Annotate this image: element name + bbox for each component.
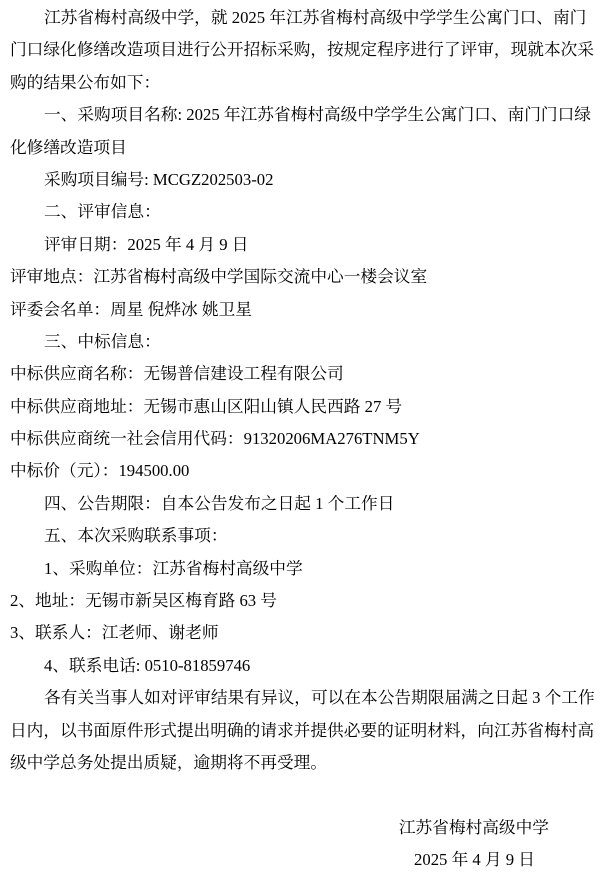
section-review-heading: 二、评审信息： — [10, 196, 596, 228]
contact-address-line: 2、地址：无锡市新吴区梅育路 63 号 — [10, 585, 596, 617]
review-date-line: 评审日期：2025 年 4 月 9 日 — [10, 229, 596, 261]
winner-credit-code-line: 中标供应商统一社会信用代码：91320206MA276TNM5Y — [10, 423, 596, 455]
project-name-line-1: 一、采购项目名称: 2025 年江苏省梅村高级中学学生公寓门口、南门门口绿 — [10, 99, 596, 131]
contact-phone-line: 4、联系电话: 0510-81859746 — [10, 650, 596, 682]
contact-person-line: 3、联系人：江老师、谢老师 — [10, 617, 596, 649]
intro-line-3: 购的结果公布如下： — [10, 67, 596, 99]
objection-line-1: 各有关当事人如对评审结果有异议，可以在本公告期限届满之日起 3 个工作 — [10, 682, 596, 714]
section-contact-heading: 五、本次采购联系事项： — [10, 520, 596, 552]
signature-date: 2025 年 4 月 9 日 — [10, 844, 596, 876]
project-name-line-2: 化修缮改造项目 — [10, 132, 596, 164]
contact-unit-line: 1、采购单位：江苏省梅村高级中学 — [10, 553, 596, 585]
intro-line-1: 江苏省梅村高级中学，就 2025 年江苏省梅村高级中学学生公寓门口、南门 — [10, 2, 596, 34]
notice-period-line: 四、公告期限：自本公告发布之日起 1 个工作日 — [10, 488, 596, 520]
winner-name-line: 中标供应商名称：无锡普信建设工程有限公司 — [10, 358, 596, 390]
review-committee-line: 评委会名单：周星 倪烨冰 姚卫星 — [10, 294, 596, 326]
signature-organization: 江苏省梅村高级中学 — [10, 812, 596, 844]
project-code-line: 采购项目编号: MCGZ202503-02 — [10, 164, 596, 196]
objection-line-3: 级中学总务处提出质疑，逾期将不再受理。 — [10, 747, 596, 779]
objection-line-2: 日内，以书面原件形式提出明确的请求并提供必要的证明材料，向江苏省梅村高 — [10, 715, 596, 747]
review-location-line: 评审地点：江苏省梅村高级中学国际交流中心一楼会议室 — [10, 261, 596, 293]
winner-address-line: 中标供应商地址：无锡市惠山区阳山镇人民西路 27 号 — [10, 391, 596, 423]
section-award-heading: 三、中标信息： — [10, 326, 596, 358]
procurement-result-announcement: 江苏省梅村高级中学，就 2025 年江苏省梅村高级中学学生公寓门口、南门 门口绿… — [0, 0, 602, 876]
intro-line-2: 门口绿化修缮改造项目进行公开招标采购，按规定程序进行了评审，现就本次采 — [10, 34, 596, 66]
winning-price-line: 中标价（元）：194500.00 — [10, 455, 596, 487]
blank-line — [10, 779, 596, 811]
